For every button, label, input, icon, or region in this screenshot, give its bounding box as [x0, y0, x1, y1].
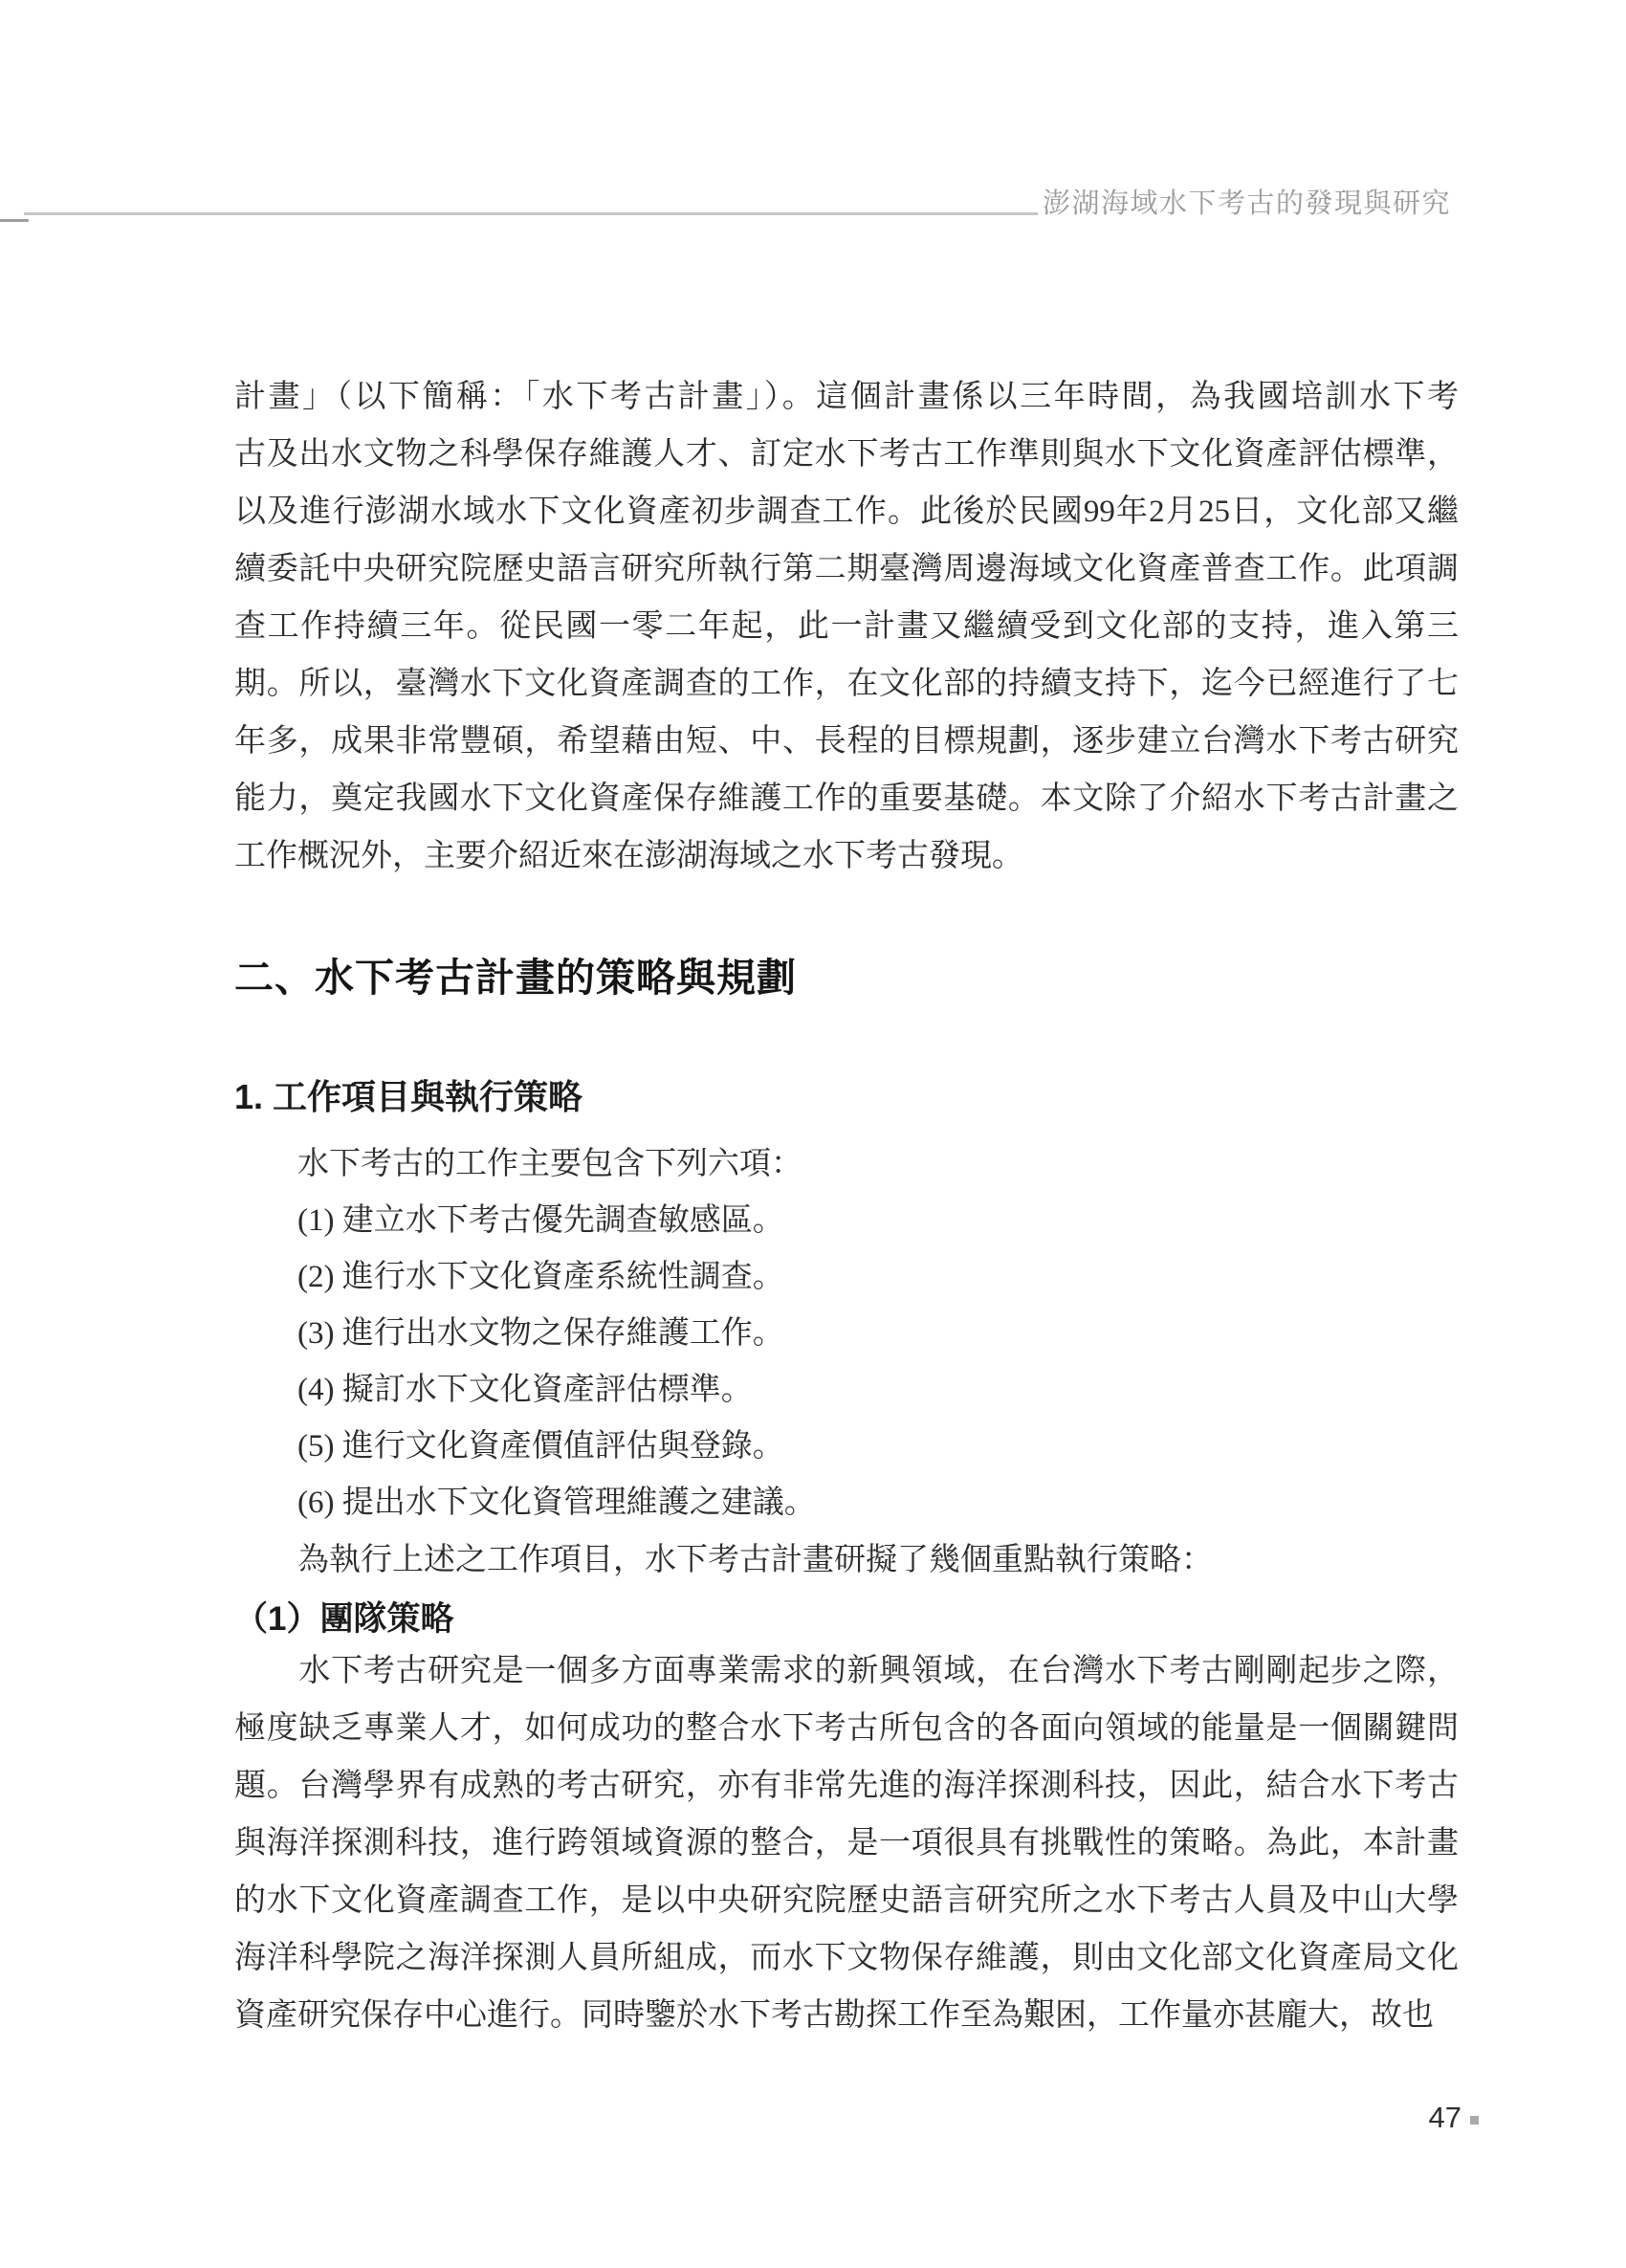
text-line: 期。所以，臺灣水下文化資產調查的工作，在文化部的持續支持下，迄今已經進行了七	[234, 655, 1459, 713]
text-line: 以及進行澎湖水域水下文化資產初步調查工作。此後於民國99年2月25日，文化部又繼	[234, 483, 1459, 540]
text-line: 與海洋探測科技，進行跨領域資源的整合，是一項很具有挑戰性的策略。為此，本計畫	[234, 1815, 1459, 1872]
text-line: (5) 進行文化資產價值評估與登錄。	[234, 1419, 1459, 1475]
text-line: (3) 進行出水文物之保存維護工作。	[234, 1306, 1459, 1362]
text-line: 續委託中央研究院歷史語言研究所執行第二期臺灣周邊海域文化資產普查工作。此項調	[234, 540, 1459, 598]
list-intro-line: 水下考古的工作主要包含下列六項：	[234, 1135, 1459, 1193]
text-line: 年多，成果非常豐碩，希望藉由短、中、長程的目標規劃，逐步建立台灣水下考古研究	[234, 713, 1459, 770]
strategy-paragraph: 水下考古研究是一個多方面專業需求的新興領域，在台灣水下考古剛剛起步之際，極度缺乏…	[234, 1642, 1459, 2044]
text-line: 工作概況外，主要介紹近來在澎湖海域之水下考古發現。	[234, 827, 1459, 885]
paragraph-continuation: 計畫」（以下簡稱：「水下考古計畫」）。這個計畫係以三年時間，為我國培訓水下考古及…	[234, 368, 1459, 885]
text-line: 查工作持續三年。從民國一零二年起，此一計畫又繼續受到文化部的支持，進入第三	[234, 598, 1459, 655]
text-line: 海洋科學院之海洋探測人員所組成，而水下文物保存維護，則由文化部文化資產局文化	[234, 1929, 1459, 1987]
header-tick	[0, 219, 29, 222]
header-rule	[24, 212, 1038, 215]
text-line: (2) 進行水下文化資產系統性調查。	[234, 1249, 1459, 1306]
page-number-marker	[1470, 2116, 1479, 2125]
text-line: (1) 建立水下考古優先調查敏感區。	[234, 1193, 1459, 1249]
text-column: 計畫」（以下簡稱：「水下考古計畫」）。這個計畫係以三年時間，為我國培訓水下考古及…	[234, 368, 1459, 2044]
text-line: 古及出水文物之科學保存維護人才、訂定水下考古工作準則與水下文化資產評估標準，	[234, 426, 1459, 483]
page-number: 47	[1339, 2101, 1461, 2135]
text-line: (4) 擬訂水下文化資產評估標準。	[234, 1362, 1459, 1419]
running-header-title: 澎湖海域水下考古的發現與研究	[1038, 182, 1451, 221]
text-line: 的水下文化資產調查工作，是以中央研究院歷史語言研究所之水下考古人員及中山大學	[234, 1872, 1459, 1929]
text-line: 計畫」（以下簡稱：「水下考古計畫」）。這個計畫係以三年時間，為我國培訓水下考	[234, 368, 1459, 426]
document-page: 澎湖海域水下考古的發現與研究 計畫」（以下簡稱：「水下考古計畫」）。這個計畫係以…	[0, 0, 1626, 2268]
text-line: 資產研究保存中心進行。同時鑒於水下考古勘探工作至為艱困，工作量亦甚龐大，故也	[234, 1987, 1459, 2044]
list-closing-line: 為執行上述之工作項目，水下考古計畫研擬了幾個重點執行策略：	[234, 1531, 1459, 1589]
strategy-heading: （1）團隊策略	[234, 1596, 1459, 1642]
text-line: (6) 提出水下文化資管理維護之建議。	[234, 1475, 1459, 1531]
section-heading: 二、水下考古計畫的策略與規劃	[234, 954, 1459, 1002]
text-line: 水下考古研究是一個多方面專業需求的新興領域，在台灣水下考古剛剛起步之際，	[234, 1642, 1459, 1700]
text-line: 極度缺乏專業人才，如何成功的整合水下考古所包含的各面向領域的能量是一個關鍵問	[234, 1700, 1459, 1757]
text-line: 題。台灣學界有成熟的考古研究，亦有非常先進的海洋探測科技，因此，結合水下考古	[234, 1757, 1459, 1815]
text-line: 能力，奠定我國水下文化資產保存維護工作的重要基礎。本文除了介紹水下考古計畫之	[234, 770, 1459, 827]
subsection-heading: 1. 工作項目與執行策略	[234, 1074, 1459, 1120]
work-items-list: (1) 建立水下考古優先調查敏感區。 (2) 進行水下文化資產系統性調查。 (3…	[234, 1193, 1459, 1531]
